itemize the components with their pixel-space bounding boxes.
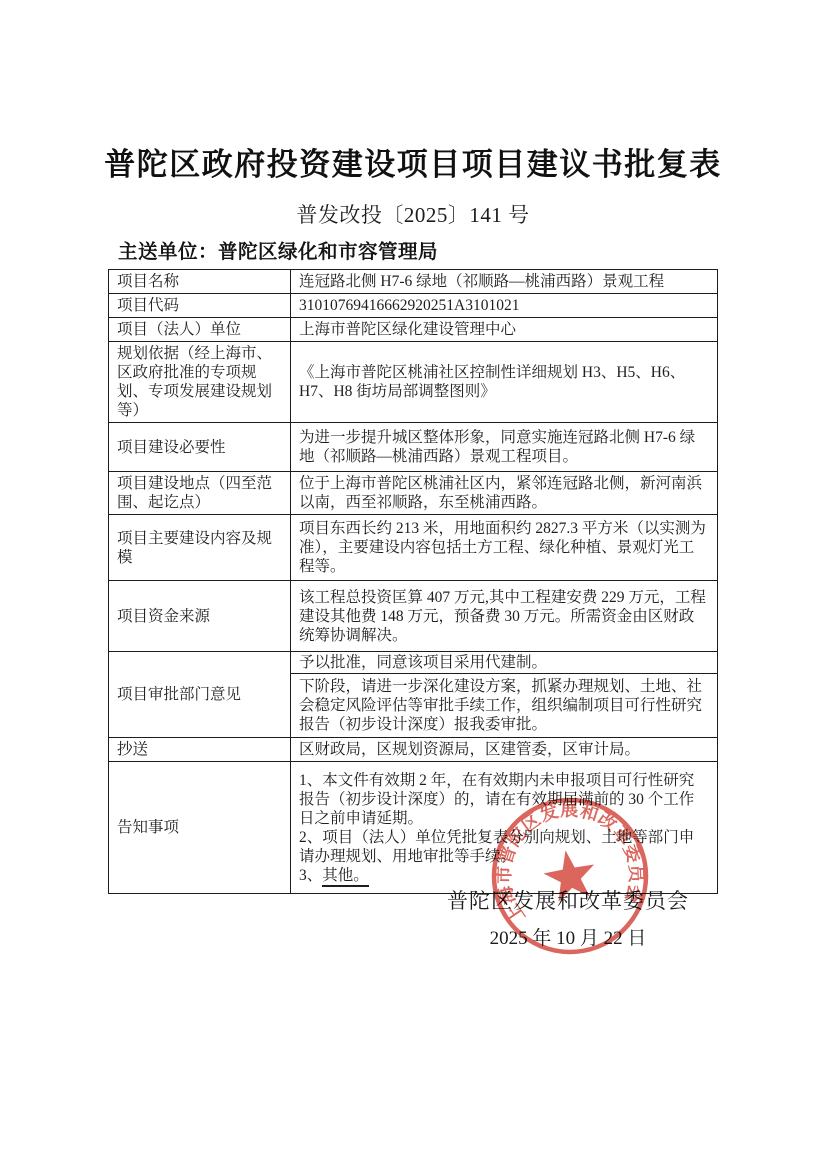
row-value: 项目东西长约 213 米，用地面积约 2827.3 平方米（以实测为准），主要建… — [291, 515, 718, 581]
table-row-project-code: 项目代码 31010769416662920251A3101021 — [109, 294, 718, 318]
row-value: 连冠路北侧 H7-6 绿地（祁顺路—桃浦西路）景观工程 — [291, 270, 718, 294]
row-value: 《上海市普陀区桃浦社区控制性详细规划 H3、H5、H6、H7、H8 街坊局部调整… — [291, 342, 718, 423]
row-label: 项目主要建设内容及规模 — [109, 515, 291, 581]
table-row-project-name: 项目名称 连冠路北侧 H7-6 绿地（祁顺路—桃浦西路）景观工程 — [109, 270, 718, 294]
row-label: 规划依据（经上海市、区政府批准的专项规划、专项发展建设规划等） — [109, 342, 291, 423]
row-label: 项目名称 — [109, 270, 291, 294]
row-label: 抄送 — [109, 738, 291, 762]
opinion-part-approve: 予以批准，同意该项目采用代建制。 — [291, 652, 717, 674]
row-value: 上海市普陀区绿化建设管理中心 — [291, 318, 718, 342]
row-label: 项目建设地点（四至范围、起讫点） — [109, 472, 291, 515]
recipient-value: 普陀区绿化和市容管理局 — [218, 242, 438, 263]
issue-date: 2025 年 10 月 22 日 — [448, 923, 688, 950]
recipient-label: 主送单位： — [118, 242, 218, 263]
row-value: 位于上海市普陀区桃浦社区内，紧邻连冠路北侧，新河南浜以南，西至祁顺路，东至桃浦西… — [291, 472, 718, 515]
row-label: 项目建设必要性 — [109, 423, 291, 472]
row-value: 该工程总投资匡算 407 万元,其中工程建安费 229 万元，工程建设其他费 1… — [291, 581, 718, 652]
table-row-location: 项目建设地点（四至范围、起讫点） 位于上海市普陀区桃浦社区内，紧邻连冠路北侧，新… — [109, 472, 718, 515]
row-label: 项目资金来源 — [109, 581, 291, 652]
row-value: 区财政局，区规划资源局，区建管委，区审计局。 — [291, 738, 718, 762]
table-row-legal-entity: 项目（法人）单位 上海市普陀区绿化建设管理中心 — [109, 318, 718, 342]
row-value: 予以批准，同意该项目采用代建制。 下阶段，请进一步深化建设方案，抓紧办理规划、土… — [291, 652, 718, 738]
row-value: 31010769416662920251A3101021 — [291, 294, 718, 318]
opinion-part-next-stage: 下阶段，请进一步深化建设方案，抓紧办理规划、土地、社会稳定风险评估等审批手续工作… — [291, 674, 717, 737]
table-row-approval-opinion: 项目审批部门意见 予以批准，同意该项目采用代建制。 下阶段，请进一步深化建设方案… — [109, 652, 718, 738]
issuer-signature: 普陀区发展和改革委员会 — [418, 885, 718, 915]
table-row-necessity: 项目建设必要性 为进一步提升城区整体形象，同意实施连冠路北侧 H7-6 绿地（祁… — [109, 423, 718, 472]
notice-item-3-underlined: 其他。 — [322, 867, 369, 887]
notice-item-3-prefix: 3、 — [299, 867, 322, 884]
notice-item-3: 3、其他。 — [299, 866, 709, 885]
document-number: 普发改投〔2025〕141 号 — [0, 199, 826, 229]
document-page: 普陀区政府投资建设项目项目建议书批复表 普发改投〔2025〕141 号 主送单位… — [0, 0, 826, 1169]
row-value: 1、本文件有效期 2 年，在有效期内未申报项目可行性研究报告（初步设计深度）的，… — [291, 762, 718, 894]
approval-table: 项目名称 连冠路北侧 H7-6 绿地（祁顺路—桃浦西路）景观工程 项目代码 31… — [108, 269, 718, 894]
table-row-notices: 告知事项 1、本文件有效期 2 年，在有效期内未申报项目可行性研究报告（初步设计… — [109, 762, 718, 894]
row-label: 告知事项 — [109, 762, 291, 894]
recipient-line: 主送单位：普陀区绿化和市容管理局 — [118, 236, 438, 264]
row-label: 项目（法人）单位 — [109, 318, 291, 342]
notice-item-2: 2、项目（法人）单位凭批复表分别向规划、土地等部门申请办理规划、用地审批等手续。 — [299, 828, 709, 866]
table-row-cc: 抄送 区财政局，区规划资源局，区建管委，区审计局。 — [109, 738, 718, 762]
notice-item-1: 1、本文件有效期 2 年，在有效期内未申报项目可行性研究报告（初步设计深度）的，… — [299, 771, 709, 828]
table-row-funding: 项目资金来源 该工程总投资匡算 407 万元,其中工程建安费 229 万元，工程… — [109, 581, 718, 652]
page-title: 普陀区政府投资建设项目项目建议书批复表 — [0, 139, 826, 184]
row-label: 项目审批部门意见 — [109, 652, 291, 738]
row-value: 为进一步提升城区整体形象，同意实施连冠路北侧 H7-6 绿地（祁顺路—桃浦西路）… — [291, 423, 718, 472]
row-label: 项目代码 — [109, 294, 291, 318]
table-row-scope: 项目主要建设内容及规模 项目东西长约 213 米，用地面积约 2827.3 平方… — [109, 515, 718, 581]
table-row-planning-basis: 规划依据（经上海市、区政府批准的专项规划、专项发展建设规划等） 《上海市普陀区桃… — [109, 342, 718, 423]
